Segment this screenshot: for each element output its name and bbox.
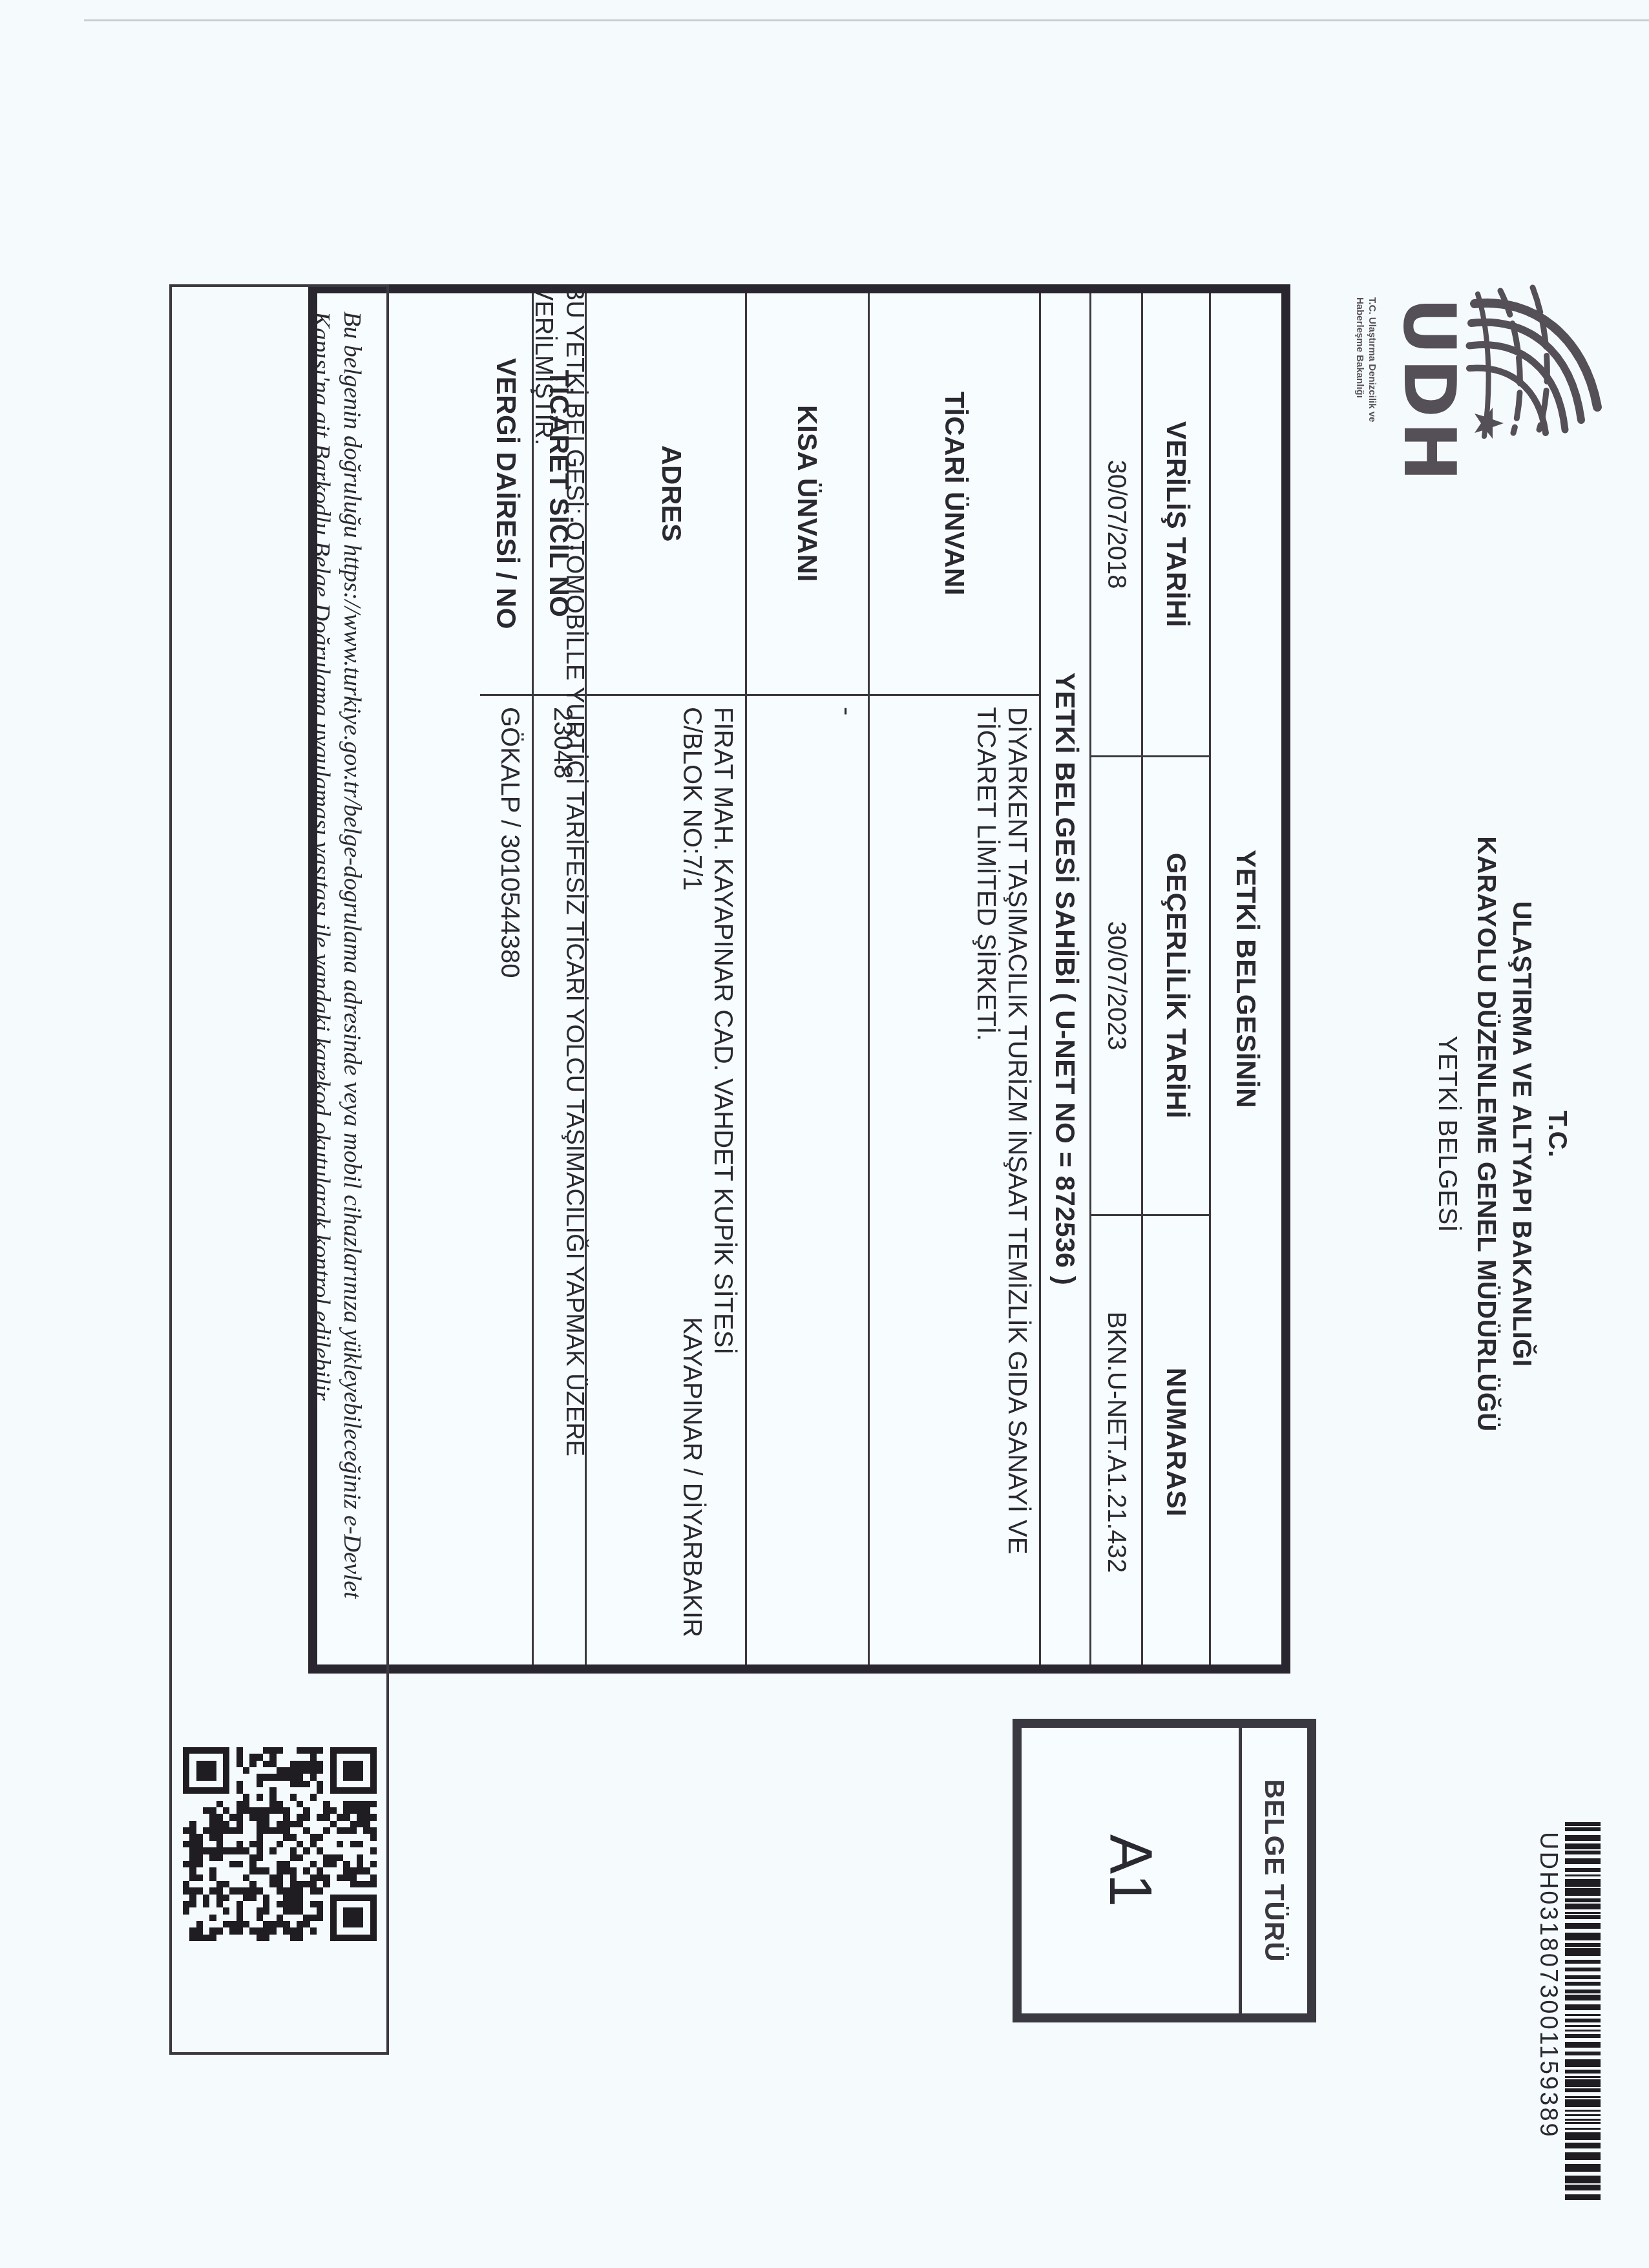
address-value: FIRAT MAH. KAYAPINAR CAD. VAHDET KUPİK S… xyxy=(587,707,745,1663)
statement-line2: VERİLMİŞTİR. xyxy=(528,284,559,1706)
header-doc-title: YETKİ BELGESİ xyxy=(1433,0,1462,2268)
document-type-label: BELGE TÜRÜ xyxy=(1239,1728,1307,2013)
logo-subtitle-line2: Haberleşme Bakanlığı xyxy=(1354,297,1366,452)
certificate-number-value: BKN.U-NET.A1.21.432 xyxy=(1091,1216,1141,1668)
document-type-value: A1 xyxy=(1022,1728,1239,2013)
verification-line2: Kapısı'na ait Barkodlu Belge Doğrulama u… xyxy=(306,311,337,1655)
owner-title: YETKİ BELGESİ SAHİBİ ( U-NET NO = 872536… xyxy=(1050,673,1081,1286)
verification-box: Bu belgenin doğruluğu https://www.turkiy… xyxy=(169,284,389,2055)
short-name-row: KISA ÜNVANI - xyxy=(745,293,868,1664)
trade-name-value: DİYARKENT TAŞIMACILIK TURİZM İNŞAAT TEMİ… xyxy=(870,707,1039,1663)
trade-name-label: TİCARİ ÜNVANI xyxy=(870,293,1039,694)
document-type-box: BELGE TÜRÜ A1 xyxy=(1013,1719,1316,2022)
header-directorate: KARAYOLU DÜZENLEME GENEL MÜDÜRLÜĞÜ xyxy=(1471,0,1500,2268)
tax-office-row: VERGİ DAİRESİ / NO GÖKALP / 3010544380 xyxy=(480,293,532,1664)
issue-date-value: 30/07/2018 xyxy=(1091,293,1141,755)
address-line1: FIRAT MAH. KAYAPINAR CAD. VAHDET KUPİK S… xyxy=(708,707,739,1663)
trade-name-line2: TİCARET LİMİTED ŞİRKETİ. xyxy=(971,707,1002,1663)
tax-office-label: VERGİ DAİRESİ / NO xyxy=(480,293,532,694)
statement-line1: BU YETKİ BELGESİ; OTOMOBİLLE YURTİÇİ TAR… xyxy=(559,284,590,1706)
owner-title-row: YETKİ BELGESİ SAHİBİ ( U-NET NO = 872536… xyxy=(1039,293,1089,1664)
authorization-statement: BU YETKİ BELGESİ; OTOMOBİLLE YURTİÇİ TAR… xyxy=(528,284,589,1706)
logo-subtitle-line1: T.C. Ulaştırma Denizcilik ve xyxy=(1365,297,1378,452)
logo-subtitle: T.C. Ulaştırma Denizcilik ve Haberleşme … xyxy=(1354,297,1378,452)
section-title: YETKİ BELGESİNİN xyxy=(1209,293,1281,1664)
trade-name-row: TİCARİ ÜNVANI DİYARKENT TAŞIMACILIK TURİ… xyxy=(868,293,1039,1664)
address-label: ADRES xyxy=(587,293,745,694)
certificate-table: YETKİ BELGESİNİN VERİLİŞ TARİHİ GEÇERLİL… xyxy=(308,284,1290,1674)
trade-name-line1: DİYARKENT TAŞIMACILIK TURİZM İNŞAAT TEMİ… xyxy=(1002,707,1033,1663)
verification-text: Bu belgenin doğruluğu https://www.turkiy… xyxy=(306,311,367,1655)
header-ministry: ULAŞTIRMA VE ALTYAPI BAKANLIĞI xyxy=(1507,0,1536,2268)
short-name-value: - xyxy=(747,707,868,1663)
short-name-label: KISA ÜNVANI xyxy=(747,293,868,694)
barcode-number: UDH03180730011593​89 xyxy=(1534,1832,1562,2220)
qr-code-icon[interactable] xyxy=(183,1747,377,1941)
dates-header-row: VERİLİŞ TARİHİ GEÇERLİLİK TARİHİ NUMARAS… xyxy=(1141,293,1209,1664)
dates-value-row: 30/07/2018 30/07/2023 BKN.U-NET.A1.21.43… xyxy=(1089,293,1141,1664)
certificate-page: UDH T.C. Ulaştırma Denizcilik ve Haberle… xyxy=(0,0,1649,2268)
validity-date-value: 30/07/2023 xyxy=(1091,757,1141,1214)
validity-date-label: GEÇERLİLİK TARİHİ xyxy=(1143,757,1209,1214)
tax-office-value: GÖKALP / 3010544380 xyxy=(480,707,532,1663)
section-title-text: YETKİ BELGESİNİN xyxy=(1231,850,1262,1108)
issue-date-label: VERİLİŞ TARİHİ xyxy=(1143,293,1209,755)
verification-line1: Bu belgenin doğruluğu https://www.turkiy… xyxy=(337,311,368,1655)
barcode-icon xyxy=(1565,1822,1601,2216)
number-label: NUMARASI xyxy=(1143,1216,1209,1668)
address-row: ADRES FIRAT MAH. KAYAPINAR CAD. VAHDET K… xyxy=(585,293,745,1664)
